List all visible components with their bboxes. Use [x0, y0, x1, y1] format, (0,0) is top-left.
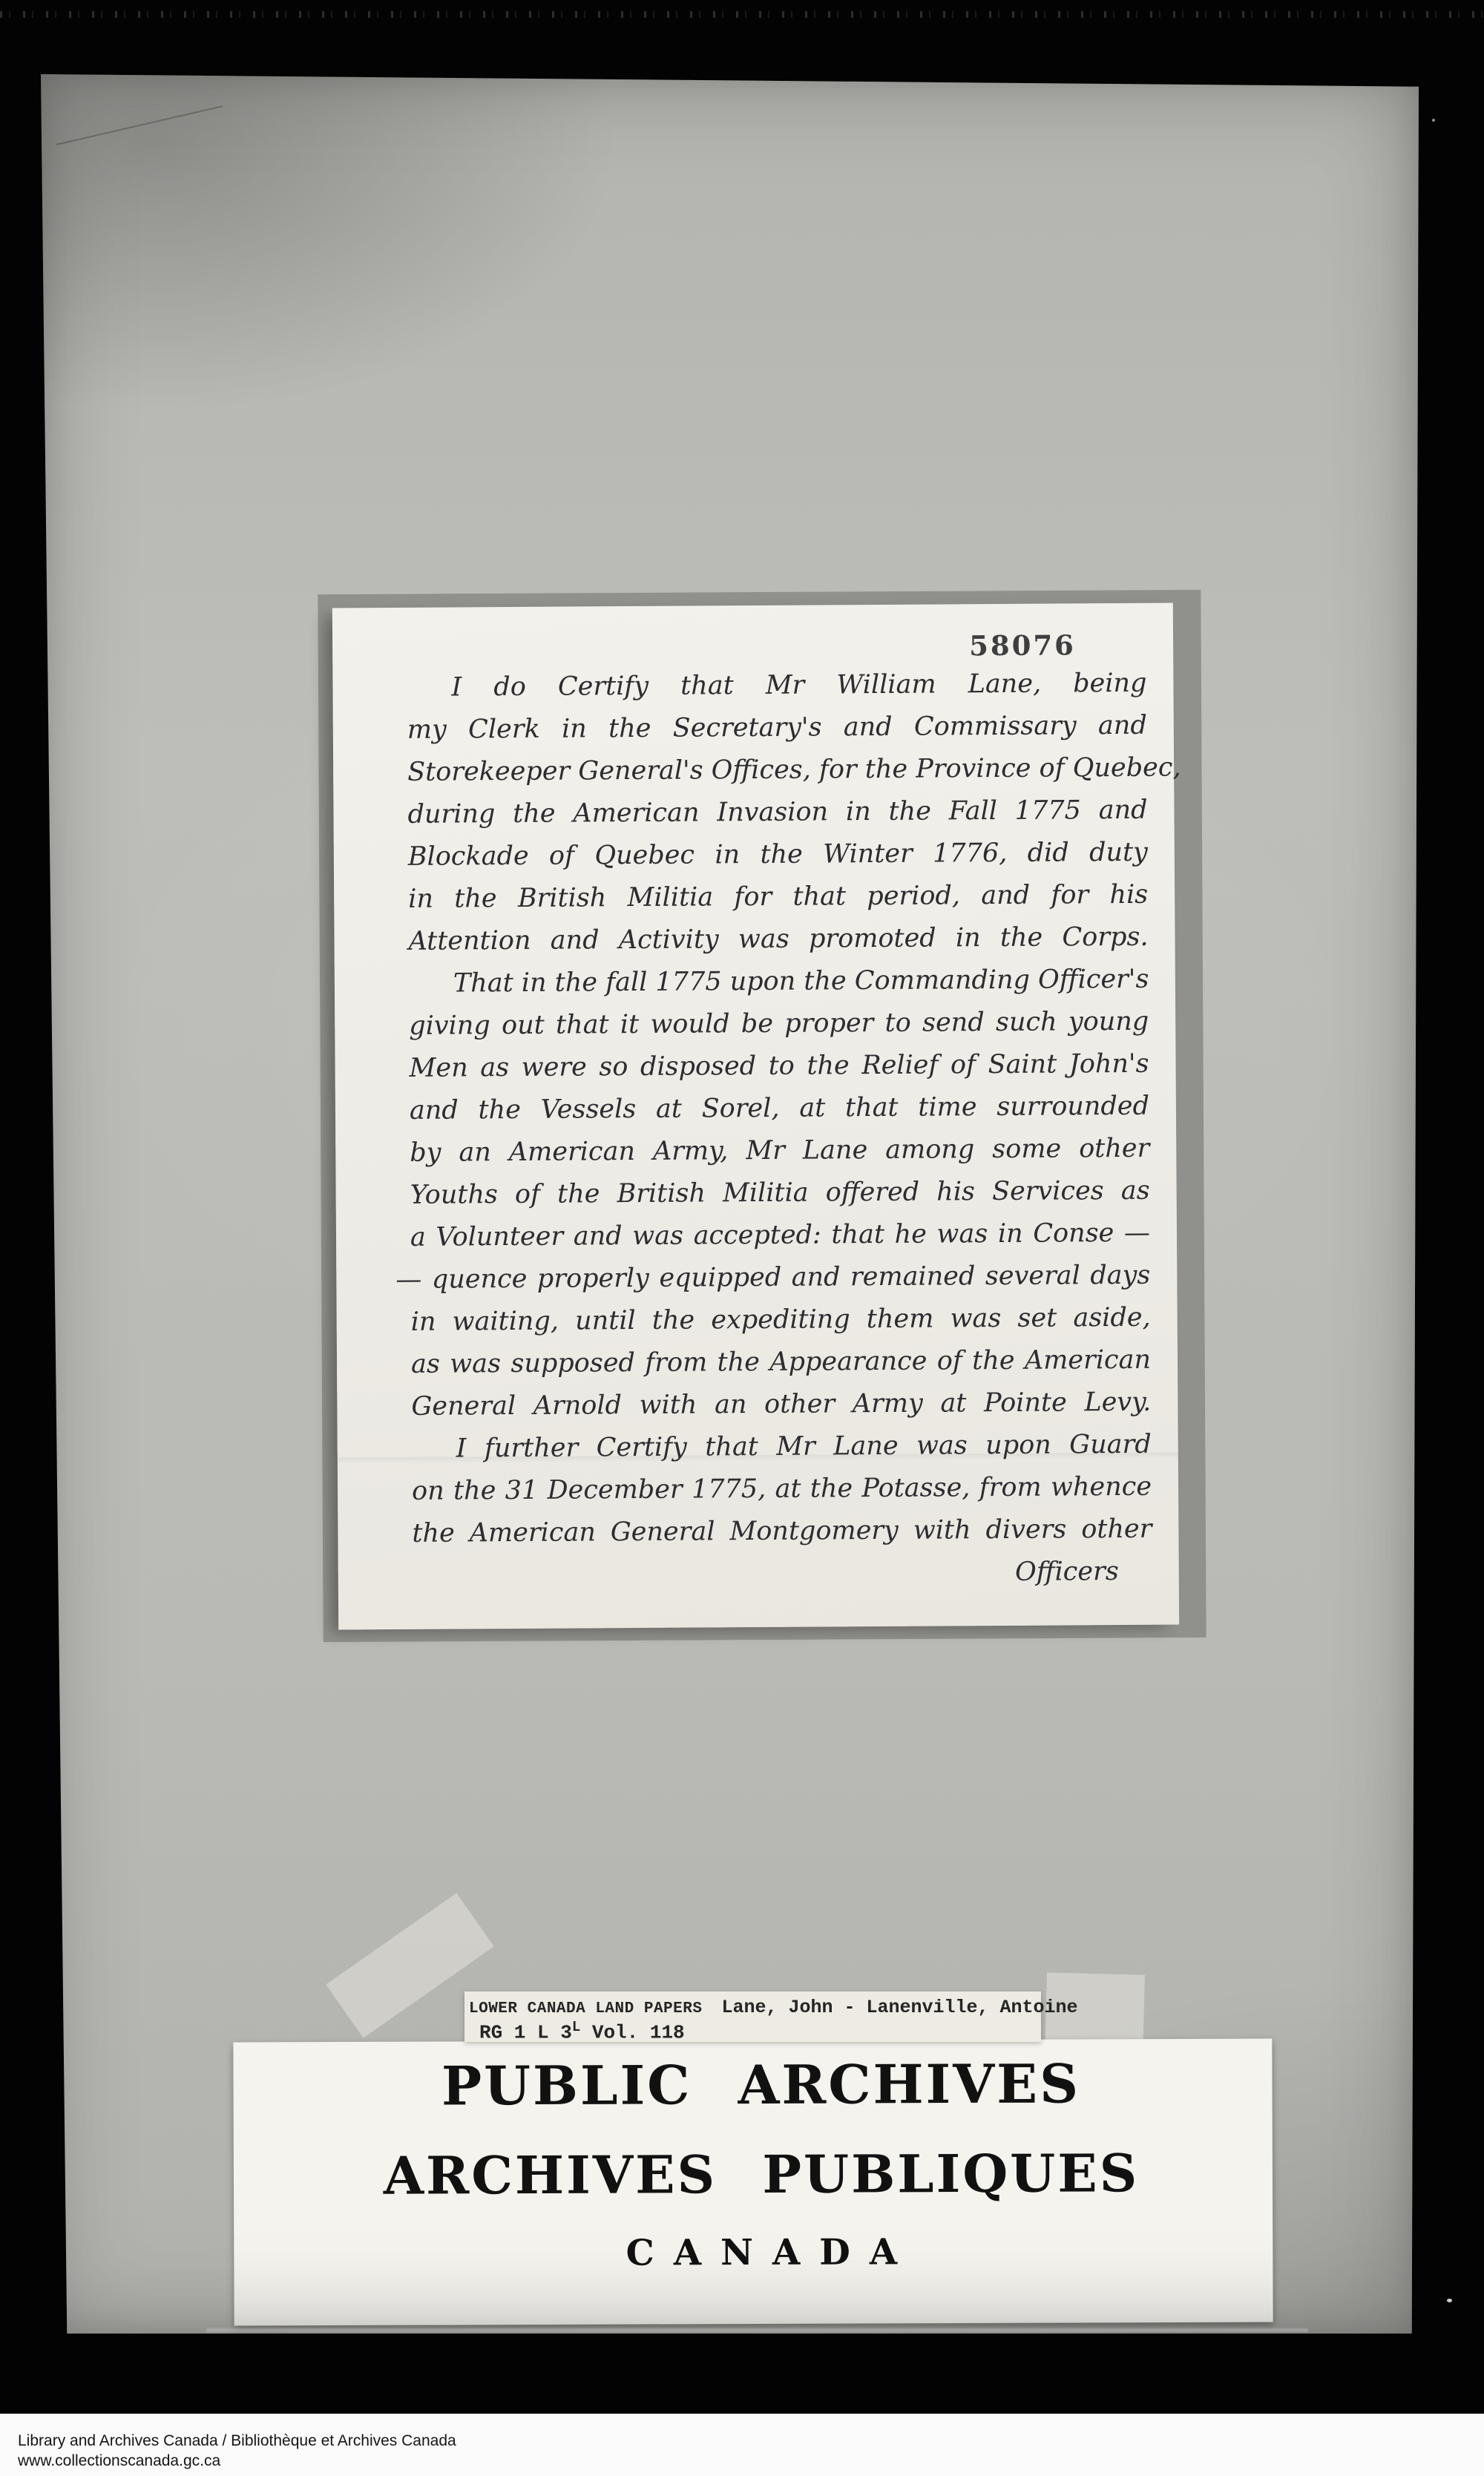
film-scratch — [56, 105, 223, 145]
label-reference-sup: L — [572, 2019, 580, 2035]
film-scratch-line — [0, 11, 1484, 18]
letter-line: Blockade of Quebec in the Winter 1776, d… — [408, 832, 1148, 879]
label-reference: RG 1 L 3L Vol. 118 — [464, 2019, 1041, 2044]
label-series: LOWER CANADA LAND PAPERS — [469, 2000, 702, 2017]
photo-background: 58076 I do Certify that Mr William Lane,… — [41, 74, 1419, 2334]
footer: Library and Archives Canada / Bibliothèq… — [0, 2414, 1484, 2476]
label-strip: LOWER CANADA LAND PAPERS Lane, John - La… — [464, 1991, 1041, 2042]
letter-line: — quence properly equipped and remained … — [395, 1255, 1150, 1301]
label-names: Lane, John - Lanenville, Antoine — [721, 1997, 1077, 2018]
letter-line: in waiting, until the expediting them wa… — [411, 1297, 1151, 1344]
label-reference-prefix: RG 1 L 3 — [479, 2022, 572, 2044]
letter-line: by an American Army, Mr Lane among some … — [410, 1128, 1149, 1175]
letter-line: the American General Montgomery with div… — [412, 1508, 1152, 1555]
letter-line: giving out that it would be proper to se… — [409, 1001, 1149, 1048]
label-row: LOWER CANADA LAND PAPERS Lane, John - La… — [464, 1997, 1041, 2018]
letter-line: I further Certify that Mr Lane was upon … — [412, 1424, 1152, 1471]
letter-line: and the Vessels at Sorel, at that time s… — [410, 1086, 1149, 1132]
archives-card: PUBLIC ARCHIVES ARCHIVES PUBLIQUES CANAD… — [233, 2039, 1273, 2326]
label-reference-suffix: Vol. 118 — [580, 2022, 684, 2044]
card-title-fr: ARCHIVES PUBLIQUES — [250, 2147, 1273, 2203]
film-edge-highlight — [206, 2328, 1309, 2332]
letter-text: I do Certify that Mr William Lane, being… — [407, 663, 1152, 1597]
letter-line: Officers — [413, 1551, 1152, 1597]
letter-line: during the American Invasion in the Fall… — [407, 789, 1147, 836]
letter-line: a Volunteer and was accepted: that he wa… — [410, 1212, 1150, 1259]
film-speck — [1432, 119, 1435, 122]
card-title-en: PUBLIC ARCHIVES — [249, 2057, 1272, 2114]
footer-line: Library and Archives Canada / Bibliothèq… — [18, 2431, 1484, 2451]
stamp-number: 58076 — [969, 628, 1076, 662]
footer-line: www.collectionscanada.gc.ca — [18, 2451, 1484, 2471]
letter-line: on the 31 December 1775, at the Potasse,… — [412, 1466, 1152, 1513]
letter-document: 58076 I do Certify that Mr William Lane,… — [332, 603, 1179, 1630]
letter-line: my Clerk in the Secretary's and Commissa… — [407, 705, 1147, 752]
letter-line: as was supposed from the Appearance of t… — [411, 1339, 1151, 1386]
letter-line: That in the fall 1775 upon the Commandin… — [409, 959, 1149, 1005]
card-country: CANADA — [250, 2233, 1292, 2272]
letter-line: Men as were so disposed to the Relief of… — [409, 1043, 1149, 1090]
film-speck — [1447, 2299, 1452, 2302]
letter-line: Storekeeper General's Offices, for the P… — [407, 747, 1147, 794]
letter-line: in the British Militia for that period, … — [408, 874, 1148, 921]
letter-line: Attention and Activity was promoted in t… — [408, 916, 1148, 963]
letter-line: General Arnold with an other Army at Poi… — [411, 1382, 1151, 1428]
letter-line: I do Certify that Mr William Lane, being — [407, 663, 1146, 709]
letter-line: Youths of the British Militia offered hi… — [410, 1170, 1149, 1217]
